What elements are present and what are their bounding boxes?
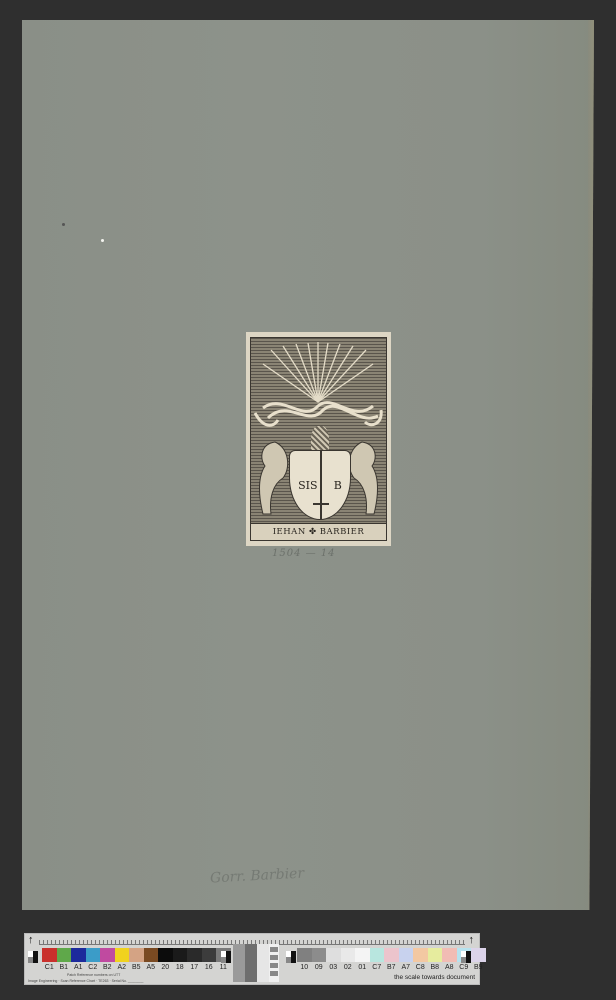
up-arrow-icon: ↑ [28, 935, 34, 946]
color-patch: B1 [57, 948, 72, 971]
patch-swatch [370, 948, 385, 962]
patch-swatch [115, 948, 130, 962]
bookplate-inscription: IEHAN ✤ BARBIER [251, 523, 386, 540]
patch-swatch [173, 948, 188, 962]
board-edge [588, 20, 594, 910]
patch-swatch [399, 948, 414, 962]
color-patch: 09 [312, 948, 327, 971]
color-patches-right: 10 09 03 02 01 C7 B7 A7 C8 B8 A8 C9 B9 [297, 948, 486, 971]
color-patch: 16 [202, 948, 217, 971]
color-patch: 18 [173, 948, 188, 971]
color-patch: B5 [129, 948, 144, 971]
patch-swatch [471, 948, 486, 962]
color-patch: A8 [442, 948, 457, 971]
sword-hilt [313, 503, 329, 505]
engraving: SIS B IEHAN ✤ BARBIER [250, 337, 387, 541]
color-patch: A1 [71, 948, 86, 971]
color-patch: B8 [428, 948, 443, 971]
up-arrow-icon: ↑ [469, 935, 475, 946]
patch-swatch [202, 948, 217, 962]
color-patch: 10 [297, 948, 312, 971]
color-patch: A5 [144, 948, 159, 971]
patch-swatch [71, 948, 86, 962]
color-patch: C1 [42, 948, 57, 971]
patch-swatch [428, 948, 443, 962]
patch-reference-note: Patch Reference numbers on UTT [67, 973, 120, 977]
color-patch: B9 [471, 948, 486, 971]
lion-supporter-left [253, 438, 293, 518]
patch-swatch [158, 948, 173, 962]
patch-swatch [100, 948, 115, 962]
color-patch: A7 [399, 948, 414, 971]
registration-target-icon [221, 951, 231, 963]
patch-swatch [129, 948, 144, 962]
color-patch: B7 [384, 948, 399, 971]
patch-swatch [297, 948, 312, 962]
coat-of-arms-shield: SIS B [289, 450, 351, 520]
patch-swatch [326, 948, 341, 962]
color-patch: 17 [187, 948, 202, 971]
patch-swatch [57, 948, 72, 962]
color-patch: A2 [115, 948, 130, 971]
patch-swatch [86, 948, 101, 962]
color-patch: 02 [341, 948, 356, 971]
color-patch: 03 [326, 948, 341, 971]
patch-swatch [187, 948, 202, 962]
patch-swatch [355, 948, 370, 962]
shield-monogram-left: SIS [298, 479, 317, 492]
patch-swatch [144, 948, 159, 962]
color-patch: C2 [86, 948, 101, 971]
shield-monogram-right: B [334, 479, 342, 492]
registration-target-icon [461, 951, 471, 963]
label-block [269, 944, 279, 982]
patch-swatch [442, 948, 457, 962]
color-patch: C7 [370, 948, 385, 971]
maker-line: Image Engineering · Scan Reference Chart… [28, 979, 144, 983]
color-patch: C8 [413, 948, 428, 971]
patch-swatch [384, 948, 399, 962]
patch-swatch [413, 948, 428, 962]
patch-swatch [42, 948, 57, 962]
patch-swatch [312, 948, 327, 962]
registration-target-icon [286, 951, 296, 963]
color-patch: B2 [100, 948, 115, 971]
pencil-date-note: 1504 — 14 [272, 548, 336, 559]
scale-footer: the scale towards document [394, 974, 475, 981]
dust-speck [62, 223, 65, 226]
gray-step-strip [233, 944, 269, 982]
dust-speck [101, 239, 104, 242]
color-patches-left: C1 B1 A1 C2 B2 A2 B5 A5 20 18 17 16 11 [42, 948, 231, 971]
color-patch: 01 [355, 948, 370, 971]
color-patch: 20 [158, 948, 173, 971]
bookplate-print: SIS B IEHAN ✤ BARBIER [246, 332, 391, 546]
registration-target-icon [28, 951, 38, 963]
sword-blade [320, 451, 322, 519]
patch-swatch [341, 948, 356, 962]
color-reference-scale: ↑ ↑ C1 B1 A1 C2 B2 A2 B5 A5 20 18 17 16 … [24, 933, 480, 985]
